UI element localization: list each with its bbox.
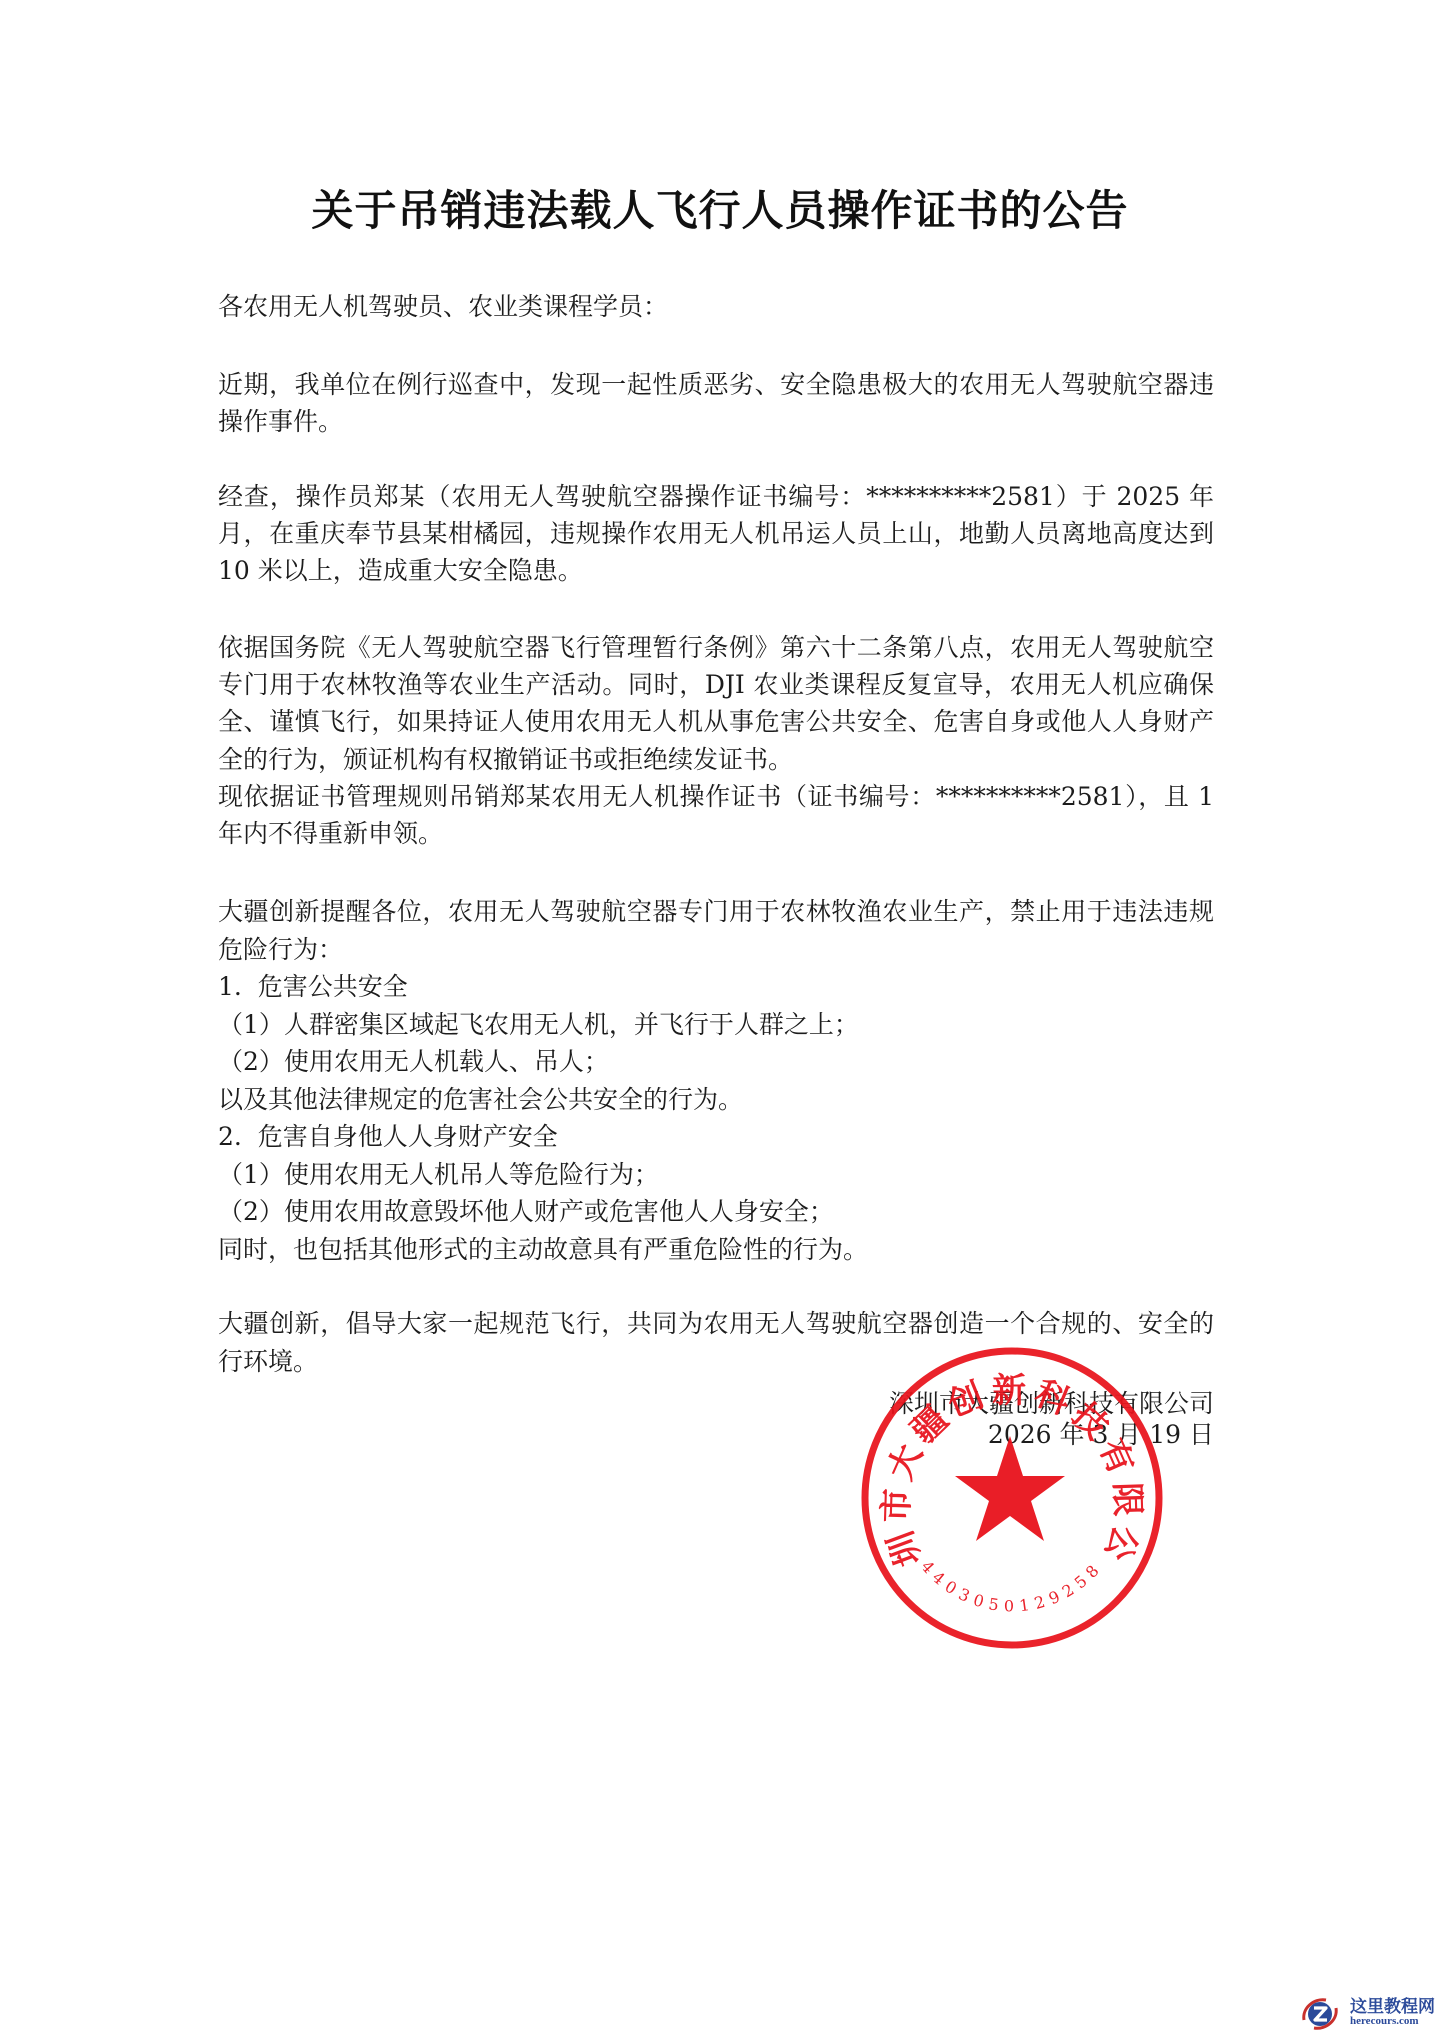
salutation: 各农用无人机驾驶员、农业类课程学员：	[218, 292, 1214, 322]
paragraph-1-line-2: 操作事件。	[218, 407, 1214, 437]
paragraph-3-line-3: 全、谨慎飞行，如果持证人使用农用无人机从事危害公共安全、危害自身或他人人身财产安	[218, 707, 1214, 737]
paragraph-2-line-2: 月，在重庆奉节县某柑橘园，违规操作农用无人机吊运人员上山，地勤人员离地高度达到	[218, 519, 1214, 549]
watermark-url: herecours.com	[1350, 2015, 1419, 2027]
document-page: 关于吊销违法载人飞行人员操作证书的公告 各农用无人机驾驶员、农业类课程学员： 近…	[0, 0, 1440, 2036]
list-item-1-note: 以及其他法律规定的危害社会公共安全的行为。	[218, 1085, 1214, 1115]
svg-text:4403050129258: 4403050129258	[917, 1557, 1106, 1615]
paragraph-3-line-6: 年内不得重新申领。	[218, 819, 1214, 849]
paragraph-3-line-4: 全的行为，颁证机构有权撤销证书或拒绝续发证书。	[218, 745, 1214, 775]
z-logo-icon	[1300, 1994, 1340, 2034]
list-item-2-sub-1: （1）使用农用无人机吊人等危险行为；	[218, 1160, 1214, 1190]
official-seal: 深圳市大疆创新科技有限公司 4403050129258 深圳市大疆创新科技有限公…	[858, 1344, 1166, 1652]
paragraph-1-line-1: 近期，我单位在例行巡查中，发现一起性质恶劣、安全隐患极大的农用无人驾驶航空器违规	[218, 370, 1214, 400]
paragraph-2-line-3: 10 米以上，造成重大安全隐患。	[218, 556, 1214, 586]
watermark-title: 这里教程网	[1350, 1992, 1435, 2017]
paragraph-5-line-1: 大疆创新，倡导大家一起规范飞行，共同为农用无人驾驶航空器创造一个合规的、安全的飞	[218, 1309, 1214, 1339]
paragraph-2-line-1: 经查，操作员郑某（农用无人驾驶航空器操作证书编号：**********2581）…	[218, 482, 1214, 512]
list-item-1-sub-2: （2）使用农用无人机载人、吊人；	[218, 1047, 1214, 1077]
list-item-1-sub-1: （1）人群密集区域起飞农用无人机，并飞行于人群之上；	[218, 1010, 1214, 1040]
star-icon	[955, 1436, 1065, 1541]
paragraph-4-line-1: 大疆创新提醒各位，农用无人驾驶航空器专门用于农林牧渔农业生产，禁止用于违法违规的	[218, 897, 1214, 927]
list-item-2-note: 同时，也包括其他形式的主动故意具有严重危险性的行为。	[218, 1235, 1214, 1265]
paragraph-3-line-2: 专门用于农林牧渔等农业生产活动。同时，DJI 农业类课程反复宣导，农用无人机应确…	[218, 670, 1214, 700]
list-item-2-sub-2: （2）使用农用故意毁坏他人财产或危害他人人身安全；	[218, 1197, 1214, 1227]
document-title: 关于吊销违法载人飞行人员操作证书的公告	[0, 186, 1440, 236]
paragraph-4-line-2: 危险行为：	[218, 935, 1214, 965]
svg-text:深圳市大疆创新科技有限公司: 深圳市大疆创新科技有限公司	[858, 1344, 1148, 1572]
list-item-2-heading: 2. 危害自身他人人身财产安全	[218, 1122, 1214, 1152]
list-item-1-heading: 1. 危害公共安全	[218, 972, 1214, 1002]
paragraph-3-line-1: 依据国务院《无人驾驶航空器飞行管理暂行条例》第六十二条第八点，农用无人驾驶航空器	[218, 633, 1214, 663]
site-watermark: 这里教程网 herecours.com	[1298, 1990, 1440, 2036]
paragraph-3-line-5: 现依据证书管理规则吊销郑某农用无人机操作证书（证书编号：**********25…	[218, 782, 1214, 812]
